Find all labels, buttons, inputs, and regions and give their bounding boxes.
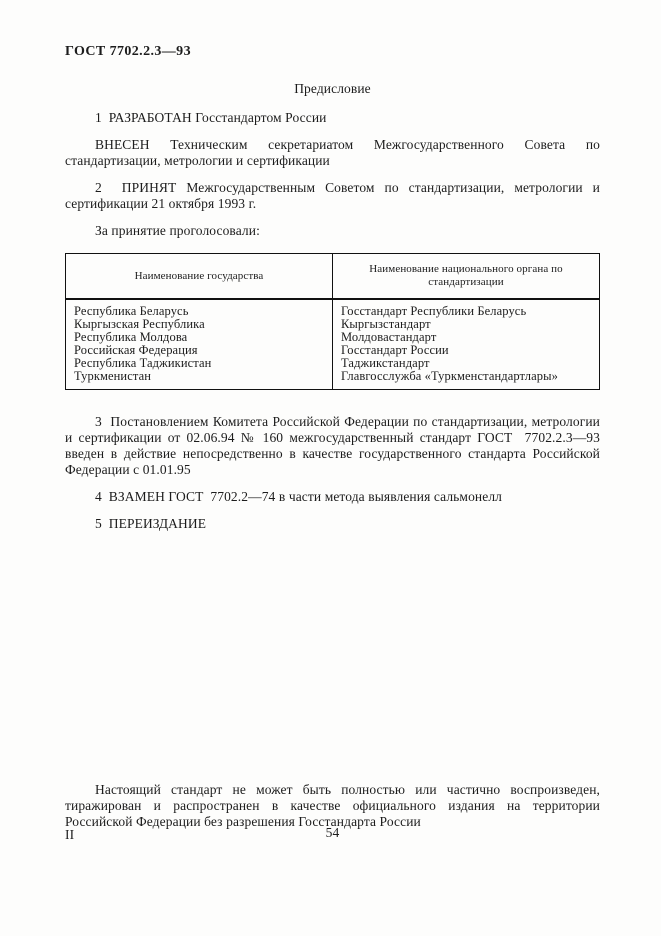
paragraph-submitted: ВНЕСЕН Техническим секретариатом Межгосу…: [65, 137, 600, 169]
paragraph-adopted: 2 ПРИНЯТ Межгосударственным Советом по с…: [65, 180, 600, 212]
table-row: Республика Беларусь Госстандарт Республи…: [66, 299, 600, 318]
vote-table: Наименование государства Наименование на…: [65, 253, 600, 390]
copyright-notice: Настоящий стандарт не может быть полност…: [65, 782, 600, 830]
document-page: ГОСТ 7702.2.3—93 Предисловие 1 РАЗРАБОТА…: [0, 0, 661, 936]
paragraph-vote-intro: За принятие проголосовали:: [65, 223, 600, 239]
page-footer: II 54: [65, 827, 600, 843]
vote-table-header-state: Наименование государства: [66, 254, 333, 300]
paragraph-developed: 1 РАЗРАБОТАН Госстандартом России: [65, 110, 600, 126]
section-title: Предисловие: [65, 81, 600, 97]
table-row: Туркменистан Главгосслужба «Туркменстанд…: [66, 370, 600, 390]
vote-table-header-row: Наименование государства Наименование на…: [66, 254, 600, 300]
paragraph-decree: 3 Постановлением Комитета Российской Фед…: [65, 414, 600, 478]
state-cell: Республика Беларусь: [66, 299, 333, 318]
document-code: ГОСТ 7702.2.3—93: [65, 44, 600, 60]
body-cell: Госстандарт Республики Беларусь: [333, 299, 600, 318]
vote-table-header-body: Наименование национального органа по ста…: [333, 254, 600, 300]
paragraph-reissue: 5 ПЕРЕИЗДАНИЕ: [65, 516, 600, 532]
body-cell: Главгосслужба «Туркменстандартлары»: [333, 370, 600, 390]
page-number: 54: [65, 825, 600, 841]
state-cell: Туркменистан: [66, 370, 333, 390]
paragraph-replaces: 4 ВЗАМЕН ГОСТ 7702.2—74 в части метода в…: [65, 489, 600, 505]
